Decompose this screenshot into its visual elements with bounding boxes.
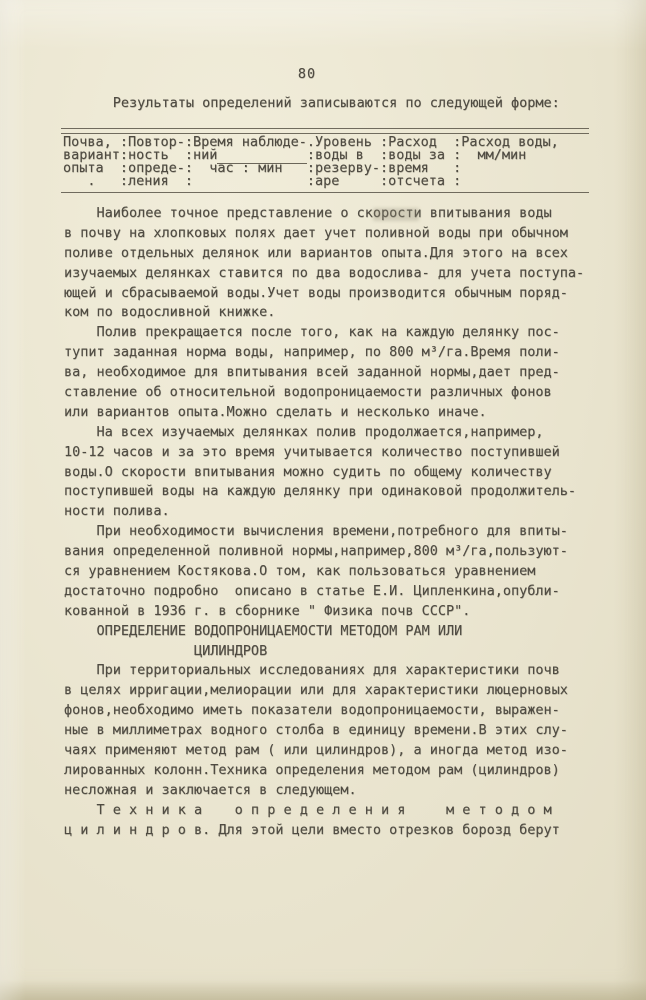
- text-line: в целях ирригации,мелиорации или для хар…: [64, 681, 584, 701]
- text-line: или вариантов опыта.Можно сделать и неск…: [64, 403, 584, 423]
- body-text-block: Наиболее точное представление о скорости…: [64, 204, 584, 841]
- text-line: ЦИЛИНДРОВ: [64, 642, 584, 662]
- text-line: ные в миллиметрах водного столба в едини…: [64, 721, 584, 741]
- text-line: 10-12 часов и за это время учитывается к…: [64, 443, 584, 463]
- text-line: достаточно подробно описано в статье Е.И…: [64, 582, 584, 602]
- text-line: воды.О скорости впитывания можно судить …: [64, 463, 584, 483]
- text-line: изучаемых делянках ставится по два водос…: [64, 264, 584, 284]
- text-line: ОПРЕДЕЛЕНИЕ ВОДОПРОНИЦАЕМОСТИ МЕТОДОМ РА…: [64, 622, 584, 642]
- text-line: Т е х н и к а о п р е д е л е н и я м е …: [64, 801, 584, 821]
- text-line: поливе отдельных делянок или вариантов о…: [64, 244, 584, 264]
- text-line: ком по водосливной книжке.: [64, 303, 584, 323]
- text-line: фонов,необходимо иметь показатели водопр…: [64, 701, 584, 721]
- table-rule-bottom: [61, 192, 589, 193]
- text-line: ющей и сбрасываемой воды.Учет воды произ…: [64, 284, 584, 304]
- text-line: чаях применяют метод рам ( или цилиндров…: [64, 741, 584, 761]
- page-number: 80: [0, 66, 614, 82]
- text-line: кованной в 1936 г. в сборнике " Физика п…: [64, 602, 584, 622]
- intro-line: Результаты определений записываются по с…: [64, 95, 560, 111]
- text-line: лированных колонн.Техника определения ме…: [64, 761, 584, 781]
- record-form-table: Почва, :Повтор-:Время наблюде-.Уровень :…: [61, 128, 589, 193]
- scanned-document-page: 80 Результаты определений записываются п…: [0, 0, 646, 1000]
- table-header-row: . :ления : :аре :отсчета :: [63, 175, 587, 188]
- text-line: ставление об относительной водопроницаем…: [64, 383, 584, 403]
- text-line: ва, необходимое для впитывания всей зада…: [64, 363, 584, 383]
- table-header-rows: Почва, :Повтор-:Время наблюде-.Уровень :…: [61, 134, 589, 190]
- text-line: ся уравнением Костякова.О том, как польз…: [64, 562, 584, 582]
- text-line: ц и л и н д р о в. Для этой цели вместо …: [64, 821, 584, 841]
- table-rule-top: [61, 128, 589, 129]
- text-line: На всех изучаемых делянках полив продолж…: [64, 423, 584, 443]
- text-line: При необходимости вычисления времени,пот…: [64, 522, 584, 542]
- text-line: Полив прекращается после того, как на ка…: [64, 323, 584, 343]
- text-line: Наиболее точное представление о скорости…: [64, 204, 584, 224]
- text-line: несложная и заключается в следующем.: [64, 781, 584, 801]
- text-line: При территориальных исследованиях для ха…: [64, 661, 584, 681]
- text-line: ности полива.: [64, 502, 584, 522]
- text-line: вания определенной поливной нормы,наприм…: [64, 542, 584, 562]
- scan-smudge-artifact: [373, 208, 419, 221]
- text-line: в почву на хлопковых полях дает учет пол…: [64, 224, 584, 244]
- text-line: тупит заданная норма воды, например, по …: [64, 343, 584, 363]
- text-line: поступившей воды на каждую делянку при о…: [64, 482, 584, 502]
